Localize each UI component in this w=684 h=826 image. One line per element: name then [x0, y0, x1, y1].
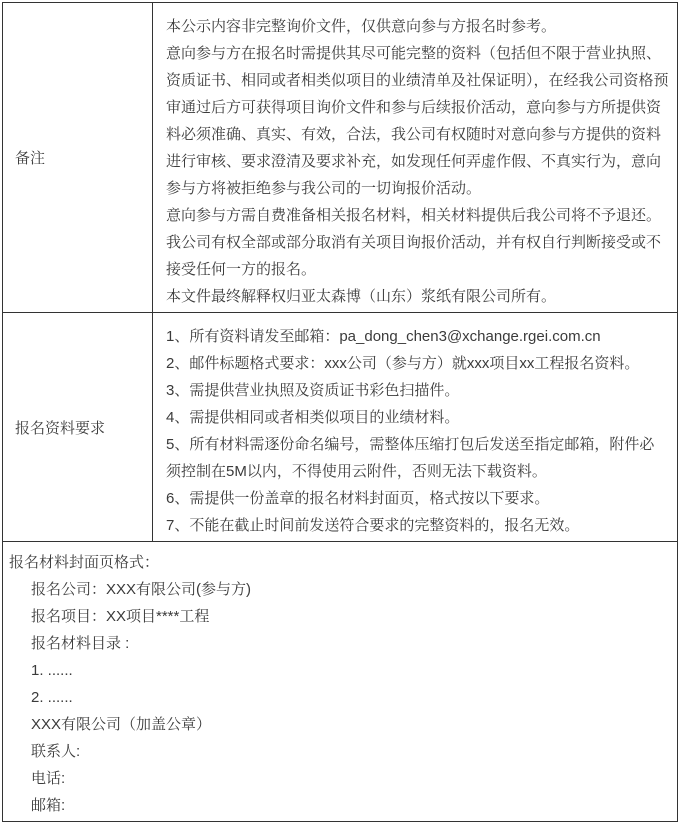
cover-format-line: XXX有限公司（加盖公章） [9, 711, 669, 738]
cover-format-line: 2. ...... [9, 684, 669, 711]
cover-format-line: 报名项目：XX项目****工程 [9, 603, 669, 630]
requirement-item: 1、所有资料请发至邮箱：pa_dong_chen3@xchange.rgei.c… [166, 323, 669, 350]
requirements-row-content: 1、所有资料请发至邮箱：pa_dong_chen3@xchange.rgei.c… [153, 313, 677, 541]
remarks-row-label: 备注 [3, 3, 153, 312]
requirement-item: 5、所有材料需逐份命名编号，需整体压缩打包后发送至指定邮箱，附件必须控制在5M以… [166, 431, 669, 485]
requirement-item: 4、需提供相同或者相类似项目的业绩材料。 [166, 404, 669, 431]
requirement-item: 2、邮件标题格式要求：xxx公司（参与方）就xxx项目xx工程报名资料。 [166, 350, 669, 377]
requirement-item: 6、需提供一份盖章的报名材料封面页，格式按以下要求。 [166, 485, 669, 512]
cover-format-line: 报名公司：XXX有限公司(参与方) [9, 576, 669, 603]
cover-page-format-section: 报名材料封面页格式： 报名公司：XXX有限公司(参与方)报名项目：XX项目***… [3, 542, 677, 821]
cover-format-line: 1. ...... [9, 657, 669, 684]
remarks-paragraph: 本文件最终解释权归亚太森博（山东）浆纸有限公司所有。 [166, 283, 669, 310]
remarks-paragraph: 意向参与方在报名时需提供其尽可能完整的资料（包括但不限于营业执照、资质证书、相同… [166, 40, 669, 202]
remarks-paragraph: 本公示内容非完整询价文件，仅供意向参与方报名时参考。 [166, 13, 669, 40]
remarks-paragraph: 意向参与方需自费准备相关报名材料，相关材料提供后我公司将不予退还。我公司有权全部… [166, 202, 669, 283]
cover-format-title: 报名材料封面页格式： [9, 549, 669, 576]
cover-format-line: 电话: [9, 765, 669, 792]
table-row-registration-requirements: 报名资料要求 1、所有资料请发至邮箱：pa_dong_chen3@xchange… [3, 313, 677, 542]
table-row-remarks: 备注 本公示内容非完整询价文件，仅供意向参与方报名时参考。意向参与方在报名时需提… [3, 3, 677, 313]
requirement-item: 3、需提供营业执照及资质证书彩色扫描件。 [166, 377, 669, 404]
remarks-row-content: 本公示内容非完整询价文件，仅供意向参与方报名时参考。意向参与方在报名时需提供其尽… [153, 3, 677, 312]
cover-format-line: 邮箱: [9, 792, 669, 819]
requirements-row-label: 报名资料要求 [3, 313, 153, 541]
cover-format-lines: 报名公司：XXX有限公司(参与方)报名项目：XX项目****工程报名材料目录 :… [9, 576, 669, 819]
cover-format-line: 联系人: [9, 738, 669, 765]
notice-table: 备注 本公示内容非完整询价文件，仅供意向参与方报名时参考。意向参与方在报名时需提… [2, 2, 678, 822]
document-page: 备注 本公示内容非完整询价文件，仅供意向参与方报名时参考。意向参与方在报名时需提… [0, 0, 684, 826]
cover-format-line: 报名材料目录 : [9, 630, 669, 657]
requirement-item: 7、不能在截止时间前发送符合要求的完整资料的，报名无效。 [166, 512, 669, 539]
